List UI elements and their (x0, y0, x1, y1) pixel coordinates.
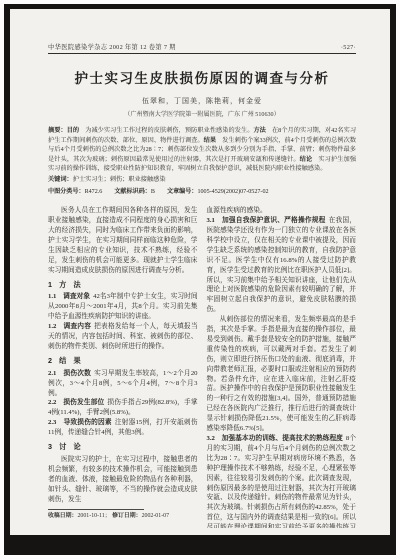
keywords-line: 关键词：护士实习生；刺伤；职业接触感染 (48, 175, 356, 185)
section-1-heading: 1 方 法 (48, 280, 198, 290)
discussion-paragraph-2: 从刺伤部位的情况来看，发生频率最高的是手指，其次是手掌。手指是最为直接的操作部位… (207, 315, 357, 434)
paragraph-3-1-text: 在我国，医院感染学还没有作为一门独立的专业课放在各医科学校中设立，仅在相关的专业… (207, 217, 357, 313)
article-id-label: 文章编号： (167, 189, 197, 195)
intro-paragraph: 医务人员在工作期间因各种各样的原因，发生职业接触感染，直接造成不同程度的身心损害… (48, 206, 198, 275)
method-label: 方法 (253, 127, 265, 134)
conclusion-label: 结论 (300, 156, 313, 163)
paragraph-3-2-label: 3.2 加强基本功的训练、提高技术的熟练程度 (207, 435, 343, 442)
paragraph-2-1-label: 2.1 损伤次数 (48, 370, 91, 377)
paragraph-2-3-label: 2.3 导致损伤的因素 (48, 419, 112, 426)
paragraph-1-2: 1.2 调查内容把表格发给每一个人，每天填报当天的情况，内容包括时间、科室、被刺… (48, 322, 198, 352)
paragraph-1-1: 1.1 调查对象42名3年制中专护士女生，实习时间从2000年8月～2001年4… (48, 292, 198, 322)
article-id: 1005-4529(2002)07-0527-02 (197, 189, 268, 195)
author-list: 伍翠和，丁国美，陈艳莉，何金爱 (48, 96, 356, 106)
section-3-heading: 3 讨 论 (48, 442, 198, 452)
paragraph-3-2: 3.2 加强基本功的训练、提高技术的熟练程度8个月的实习期，前4个月与后4个月刺… (207, 434, 357, 528)
clc-number: R472.6 (85, 189, 103, 195)
revised-label: 修订日期： (112, 513, 141, 519)
revised-date: 2002-01-07 (142, 513, 170, 519)
paragraph-2-2: 2.2 损伤发生部位损伤手指占29例(82.8%)，手掌4例(11.4%)，手臂… (48, 398, 198, 418)
paragraph-3-2-text: 8个月的实习期，前4个月与后4个月刺伤的总例次数之比为28∶7。实习护生早期对病… (207, 435, 357, 528)
body-columns: 医务人员在工作期间因各种各样的原因，发生职业接触感染，直接造成不同程度的身心损害… (48, 206, 356, 528)
paragraph-1-2-label: 1.2 调查内容 (48, 323, 91, 330)
journal-header: 中华医院感染学杂志 2002 年第 12 卷第 7 期 ·527· (48, 42, 356, 51)
objective-label: 目的 (67, 127, 79, 134)
abstract-block: 摘要：目的为减少实习生工作过程的皮肤刺伤，预防职业性感染的发生。方法在8个月的实… (48, 126, 356, 174)
left-column: 医务人员在工作期间因各种各样的原因，发生职业接触感染，直接造成不同程度的身心损害… (48, 206, 198, 528)
keywords-text: 护士实习生；刺伤；职业接触感染 (73, 176, 166, 183)
paragraph-2-2-label: 2.2 损伤发生部位 (48, 399, 104, 406)
received-label: 收稿日期： (48, 513, 77, 519)
clc-label: 中图分类号： (48, 189, 85, 195)
paragraph-3-1: 3.1 加强自我保护意识、严格操作规程在我国，医院感染学还没有作为一门独立的专业… (207, 216, 357, 315)
paragraph-2-1: 2.1 损伤次数实习早期发生率较高，1～2个月20例次，3～4个月8例，5～6个… (48, 369, 198, 399)
objective-text: 为减少实习生工作过程的皮肤刺伤，预防职业性感染的发生。 (85, 127, 253, 134)
doc-code-label: 文献标识码： (114, 189, 151, 195)
received-date: 2001-10-11； (77, 513, 110, 519)
paragraph-1-1-label: 1.1 调查对象 (48, 293, 90, 300)
paragraph-2-3: 2.3 导致损伤的因素注射器15例，打开安瓿刺伤11例，传递缝合针4例，其他3例… (48, 418, 198, 438)
result-label: 结果 (204, 137, 216, 144)
journal-page: 中华医院感染学杂志 2002 年第 12 卷第 7 期 ·527· 护士实习生皮… (10, 9, 390, 535)
page-number: ·527· (341, 44, 356, 51)
right-column: 血源性疾病的感染。 3.1 加强自我保护意识、严格操作规程在我国，医院感染学还没… (207, 206, 357, 528)
continuation-paragraph: 血源性疾病的感染。 (207, 206, 357, 216)
header-rule (48, 53, 356, 54)
paragraph-3-1-label: 3.1 加强自我保护意识、严格操作规程 (207, 217, 326, 224)
dates-footnote: 收稿日期：2001-10-11； 修订日期：2002-01-07 (48, 509, 198, 528)
discussion-start-paragraph: 医院实习的护士，在实习过程中，接触患者的机会频繁，有较多的技术操作机会，可能接触… (48, 455, 198, 505)
abstract-label: 摘要： (48, 127, 67, 134)
meta-line: 中图分类号：R472.6文献标识码：B文章编号：1005-4529(2002)0… (48, 188, 356, 198)
doc-code: B (151, 189, 155, 195)
article-title: 护士实习生皮肤损伤原因的调查与分析 (48, 67, 356, 87)
keywords-label: 关键词： (48, 176, 73, 183)
section-2-heading: 2 结 果 (48, 356, 198, 366)
affiliation: （广州暨南大学医学院第一附属医院，广东 广州 510630） (48, 109, 356, 118)
footnote-rule (48, 509, 144, 510)
journal-name: 中华医院感染学杂志 2002 年第 12 卷第 7 期 (48, 42, 176, 51)
